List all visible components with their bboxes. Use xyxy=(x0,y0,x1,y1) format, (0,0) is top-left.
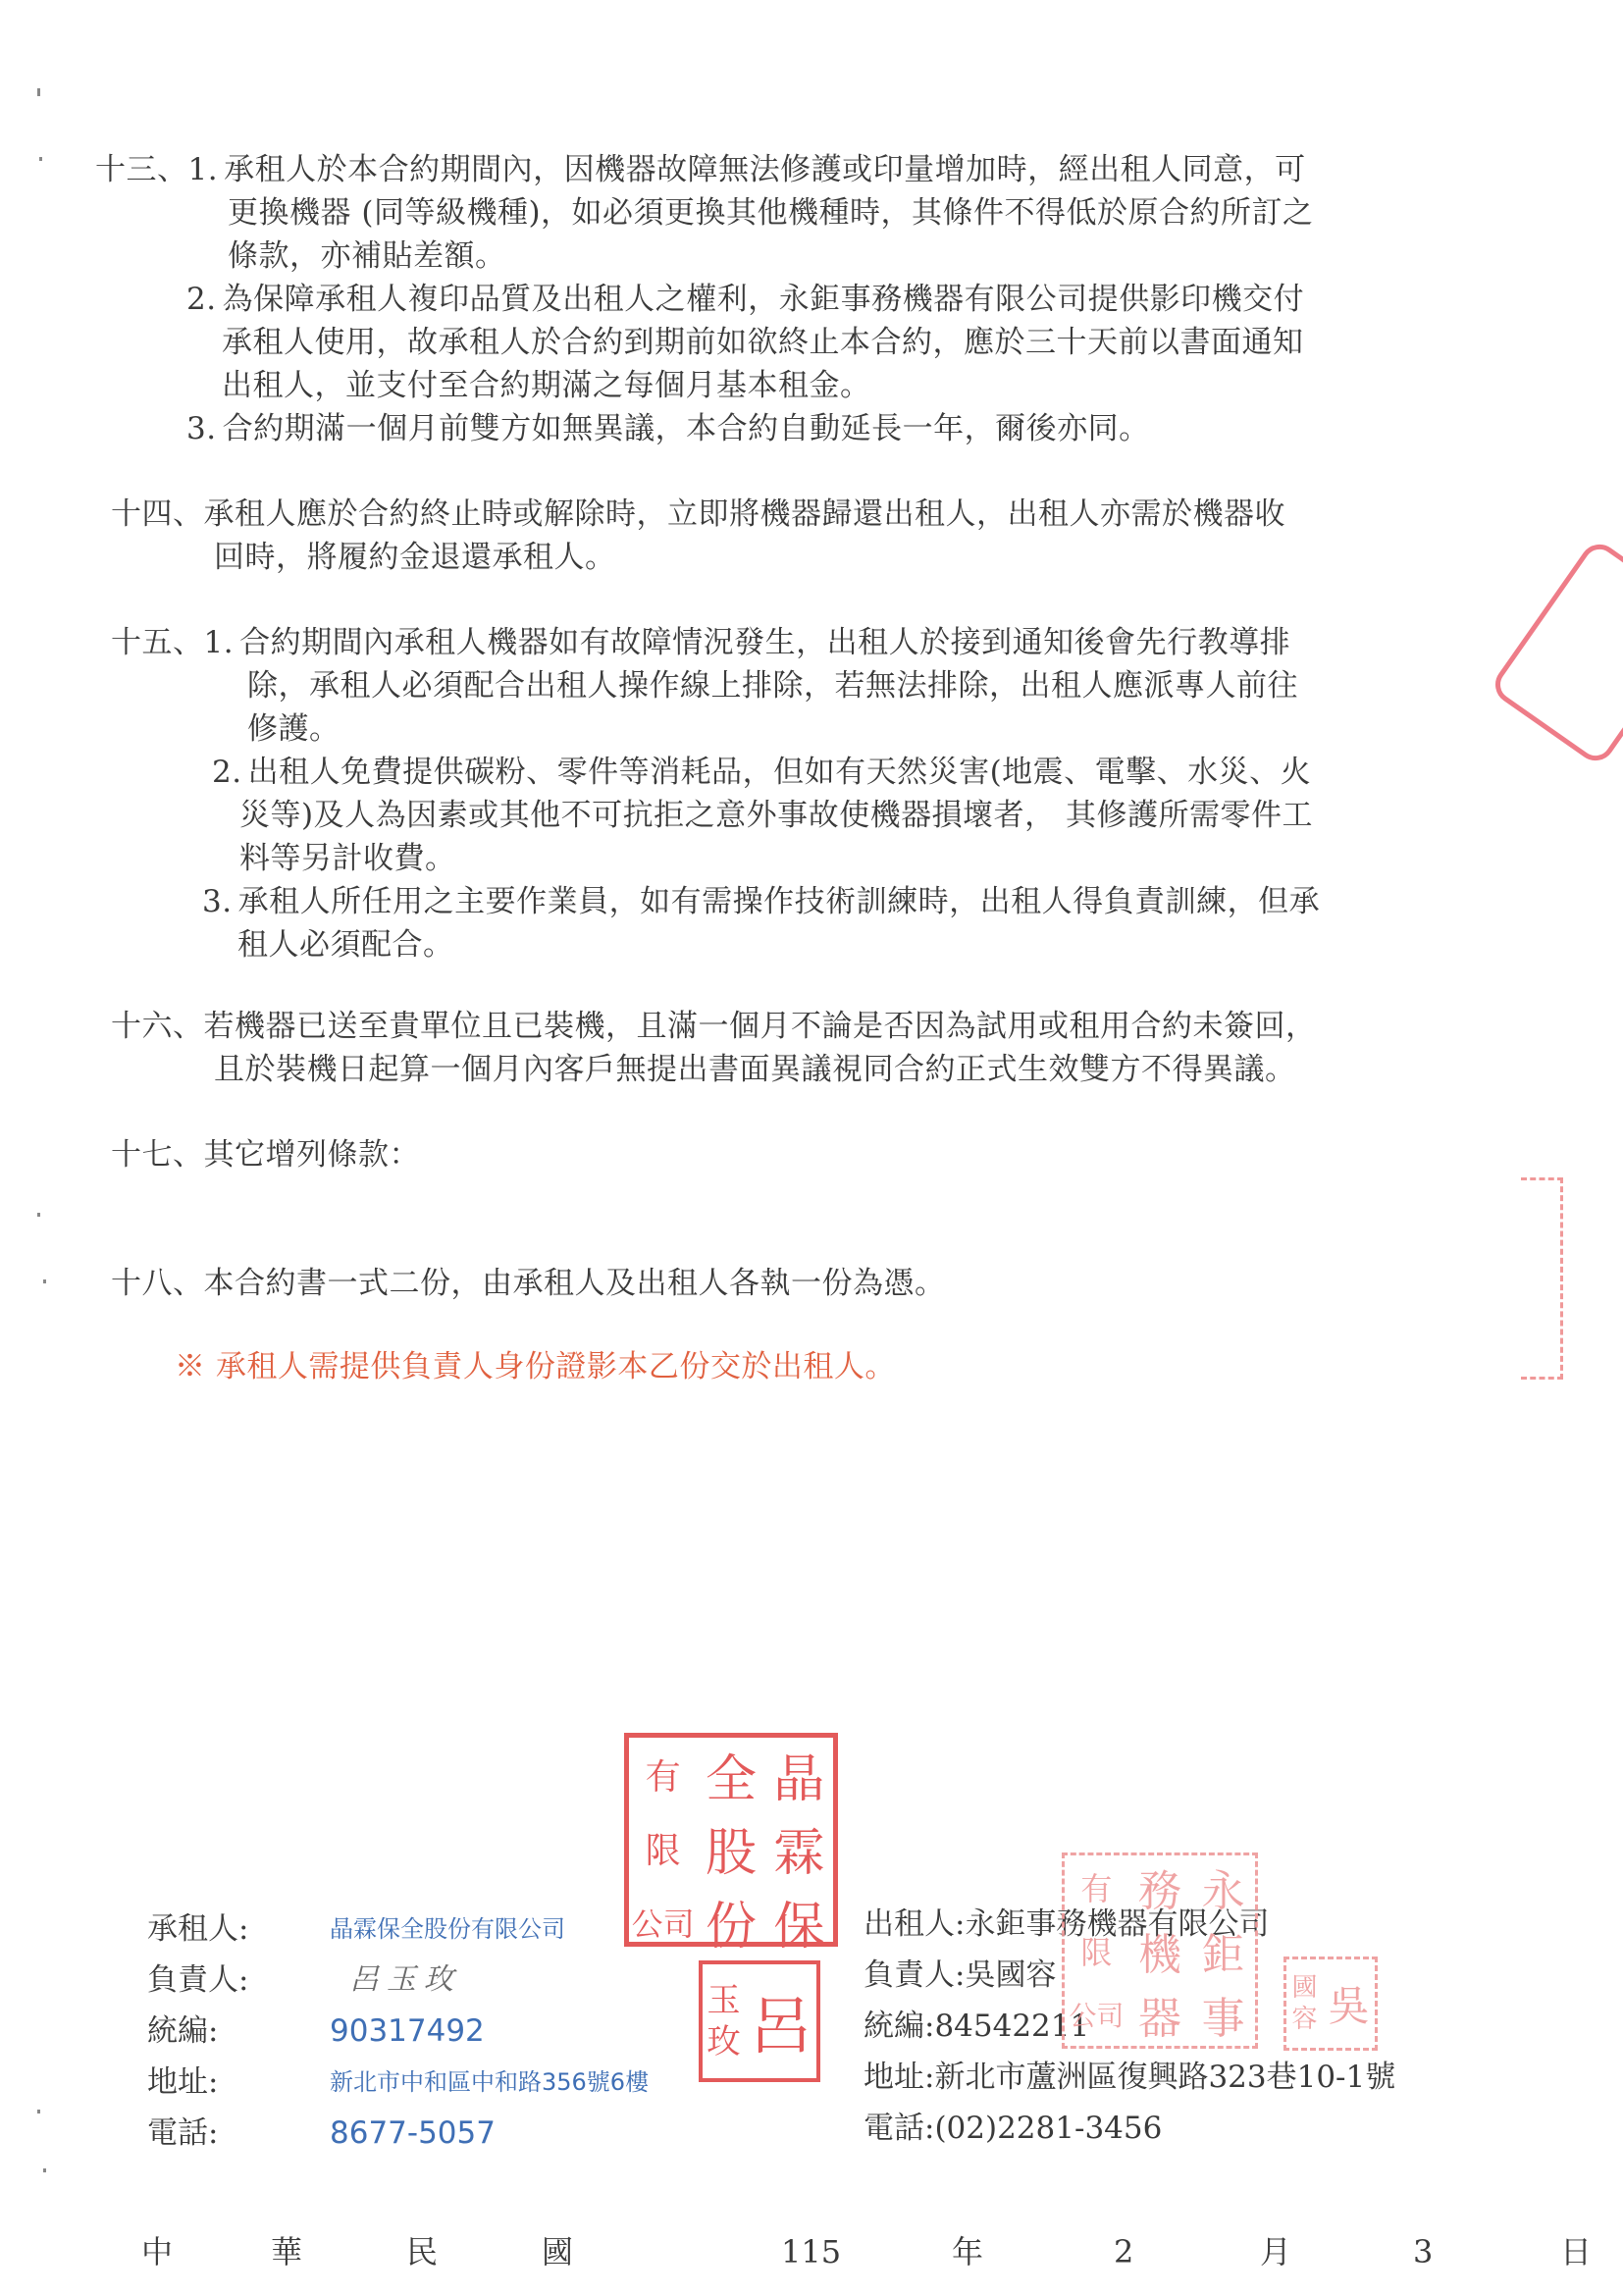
lessee-phone-label: 電話: xyxy=(147,2108,218,2159)
seal-char: 玫 xyxy=(707,2021,741,2062)
seal-char: 事 xyxy=(1202,1983,1245,2046)
seal-char: 有 xyxy=(646,1749,681,1800)
lessee-address: 新北市中和區中和路356號6樓 xyxy=(330,2057,649,2108)
id-copy-notice: ※ 承租人需提供負責人身份證影本乙份交於出租人。 xyxy=(175,1345,896,1388)
clause-label: 十五、 xyxy=(111,625,204,660)
clause-text: 修護。 xyxy=(247,707,340,751)
clause-text: 更換機器 (同等級機種)，如必須更換其他機種時，其條件不得低於原合約所訂之 xyxy=(228,191,1314,235)
clause-text: 且於裝機日起算一個月內客戶無提出書面異議視同合約正式生效雙方不得異議。 xyxy=(214,1048,1296,1091)
clause-label: 十三、 xyxy=(95,152,188,187)
clause-text: 災等)及人為因素或其他不可抗拒之意外事故使機器損壞者， 其修護所需零件工 xyxy=(239,794,1313,837)
date-day-unit: 日 xyxy=(1560,2232,1592,2271)
clause-13-line-1: 十三、1.承租人於本合約期間內，因機器故障無法修護或印量增加時，經出租人同意，可 xyxy=(95,148,1306,191)
item-number: 2. xyxy=(186,282,217,317)
clause-18: 十八、本合約書一式二份，由承租人及出租人各執一份為憑。 xyxy=(111,1262,946,1305)
seal-char: 玉 xyxy=(707,1980,741,2021)
lessee-rep-seal: 呂 玉 玫 xyxy=(699,1960,820,2082)
item-number: 3. xyxy=(202,884,233,919)
seal-char: 國 xyxy=(1291,1972,1317,2004)
clause-13-item-3: 3.合約期滿一個月前雙方如無異議，本合約自動延長一年，爾後亦同。 xyxy=(186,407,1150,450)
clause-text: 承租人於本合約期間內，因機器故障無法修護或印量增加時，經出租人同意，可 xyxy=(224,152,1306,187)
clause-16-line-1: 十六、若機器已送至貴單位且已裝機，且滿一個月不論是否因為試用或租用合約未簽回， xyxy=(111,1005,1317,1048)
clause-15-item-3: 3.承租人所任用之主要作業員，如有需操作技術訓練時，出租人得負責訓練，但承 xyxy=(202,880,1320,923)
seal-char: 限 xyxy=(646,1823,681,1873)
seal-char: 鉅 xyxy=(1202,1919,1245,1982)
lessee-tax-id-label: 統編: xyxy=(147,2006,218,2057)
seal-char: 股 xyxy=(706,1811,757,1885)
date-month-unit: 月 xyxy=(1260,2232,1291,2271)
clause-label: 十七、 xyxy=(111,1137,204,1173)
clause-text: 條款，亦補貼差額。 xyxy=(228,235,506,278)
margin-seal-middle xyxy=(1521,1177,1563,1380)
clause-text: 若機器已送至貴單位且已裝機，且滿一個月不論是否因為試用或租用合約未簽回， xyxy=(204,1009,1317,1044)
clause-13-item-2: 2.為保障承租人複印品質及出租人之權利，永鉅事務機器有限公司提供影印機交付 xyxy=(186,278,1304,321)
clause-text: 其它增列條款： xyxy=(204,1137,421,1173)
seal-char: 全 xyxy=(706,1738,757,1811)
lessor-phone: 電話:(02)2281-3456 xyxy=(864,2103,1162,2154)
lessee-tax-id: 90317492 xyxy=(330,2006,485,2057)
clause-15-item-2: 2.出租人免費提供碳粉、零件等消耗品，但如有天然災害(地震、電擊、水災、火 xyxy=(212,751,1311,794)
item-number: 1. xyxy=(188,152,219,187)
scan-mark xyxy=(39,157,42,161)
seal-char: 公司 xyxy=(632,1900,695,1945)
clause-text: 出租人，並支付至合約期滿之每個月基本租金。 xyxy=(222,364,871,407)
seal-char: 容 xyxy=(1291,2004,1317,2035)
margin-seal-top xyxy=(1488,537,1623,768)
lessor-rep: 負責人:吳國容 xyxy=(864,1950,1056,2001)
clause-17: 十七、其它增列條款： xyxy=(111,1133,420,1176)
lessor-tax-id: 統編:84542211 xyxy=(864,2001,1089,2052)
clause-text: 合約期滿一個月前雙方如無異議，本合約自動延長一年，爾後亦同。 xyxy=(223,411,1150,446)
scan-mark xyxy=(37,88,40,96)
seal-char: 機 xyxy=(1138,1919,1181,1982)
clause-text: 出租人免費提供碳粉、零件等消耗品，但如有天然災害(地震、電擊、水災、火 xyxy=(248,755,1312,790)
clause-text: 本合約書一式二份，由承租人及出租人各執一份為憑。 xyxy=(204,1266,946,1301)
lessor-address: 地址:新北市蘆洲區復興路323巷10-1號 xyxy=(864,2052,1395,2103)
clause-label: 十四、 xyxy=(111,496,204,532)
lessor-company-seal: 永 鉅 事 務 機 器 有 限 公司 xyxy=(1062,1852,1258,2049)
lessee-company: 晶霖保全股份有限公司 xyxy=(330,1904,565,1955)
seal-char: 器 xyxy=(1138,1983,1181,2046)
clause-text: 租人必須配合。 xyxy=(237,923,454,966)
clause-text: 料等另計收費。 xyxy=(239,837,456,880)
date-era-char: 華 xyxy=(271,2232,302,2271)
seal-char: 份 xyxy=(706,1885,757,1958)
clause-text: 回時，將履約金退還承租人。 xyxy=(214,536,616,579)
item-number: 2. xyxy=(212,755,242,790)
scan-mark xyxy=(43,1279,46,1283)
clause-14-line-1: 十四、承租人應於合約終止時或解除時，立即將機器歸還出租人，出租人亦需於機器收 xyxy=(111,493,1285,536)
date-month: 2 xyxy=(1114,2232,1133,2271)
seal-char: 務 xyxy=(1138,1855,1181,1918)
seal-char: 永 xyxy=(1202,1855,1245,1918)
date-era-char: 國 xyxy=(542,2232,573,2271)
clause-15-line-1: 十五、1.合約期間內承租人機器如有故障情況發生，出租人於接到通知後會先行教導排 xyxy=(111,621,1290,664)
scan-mark xyxy=(37,2110,40,2113)
clause-label: 十六、 xyxy=(111,1009,204,1044)
seal-char: 呂 xyxy=(750,1976,812,2066)
clause-text: 除，承租人必須配合出租人操作線上排除，若無法排除，出租人應派專人前往 xyxy=(247,664,1298,707)
date-era-char: 民 xyxy=(406,2232,438,2271)
date-year-unit: 年 xyxy=(952,2232,983,2271)
scan-mark xyxy=(43,2168,46,2172)
clause-text: 承租人使用，故承租人於合約到期前如欲終止本合約，應於三十天前以書面通知 xyxy=(222,321,1304,364)
seal-char: 霖 xyxy=(773,1811,824,1885)
lessee-address-label: 地址: xyxy=(147,2057,218,2108)
lessee-label: 承租人: xyxy=(147,1904,248,1955)
seal-char: 晶 xyxy=(773,1738,824,1811)
clause-label: 十八、 xyxy=(111,1266,204,1301)
lessee-company-seal: 晶 霖 保 全 股 份 有 限 公司 xyxy=(624,1733,838,1947)
item-number: 1. xyxy=(204,625,235,660)
clause-text: 承租人所任用之主要作業員，如有需操作技術訓練時，出租人得負責訓練，但承 xyxy=(238,884,1321,919)
date-day: 3 xyxy=(1413,2232,1433,2271)
seal-char: 保 xyxy=(773,1885,824,1958)
seal-char: 吳 xyxy=(1328,1974,1369,2033)
seal-char: 有 xyxy=(1080,1864,1112,1909)
scan-mark xyxy=(37,1213,40,1217)
seal-char: 限 xyxy=(1080,1928,1112,1973)
date-year: 115 xyxy=(781,2232,841,2271)
seal-char: 公司 xyxy=(1069,1995,1124,2034)
clause-text: 為保障承租人複印品質及出租人之權利，永鉅事務機器有限公司提供影印機交付 xyxy=(223,282,1305,317)
clause-text: 合約期間內承租人機器如有故障情況發生，出租人於接到通知後會先行教導排 xyxy=(239,625,1290,660)
clause-text: 承租人應於合約終止時或解除時，立即將機器歸還出租人，出租人亦需於機器收 xyxy=(204,496,1286,532)
date-era-char: 中 xyxy=(141,2232,173,2271)
lessor-rep-seal: 吳 國 容 xyxy=(1283,1957,1378,2051)
item-number: 3. xyxy=(186,411,217,446)
lessee-phone: 8677-5057 xyxy=(330,2108,496,2159)
lessee-rep-label: 負責人: xyxy=(147,1955,248,2006)
lessee-rep-signature: 呂玉玫 xyxy=(349,1955,461,2006)
